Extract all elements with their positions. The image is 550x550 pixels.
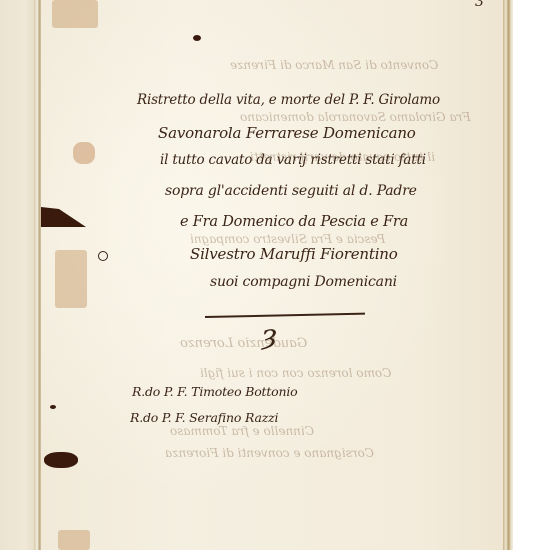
title-line-4: sopra gl'accidenti seguiti al d. Padre — [165, 183, 417, 199]
bleed-through-line: Convento di San Marco di Firenze — [230, 58, 438, 72]
decorative-flourish: ȝ — [262, 318, 277, 351]
stain-brown — [73, 142, 95, 164]
tape-stain-bottom — [58, 530, 90, 550]
ring-mark — [98, 251, 108, 261]
tape-stain-middle — [55, 250, 87, 308]
folio-number: 3 — [475, 0, 484, 10]
tape-stain-top — [52, 0, 98, 28]
title-line-5: e Fra Domenico da Pescia e Fra — [180, 214, 408, 230]
bleed-through-line: Pescia e Fra Silvestro compagni — [190, 232, 385, 246]
title-line-1: Ristretto della vita, e morte del P. F. … — [137, 92, 440, 108]
page-fore-edge — [503, 0, 513, 550]
bleed-through-line: Corsignano e conventi di Fiorenza — [165, 446, 374, 460]
bleed-through-line: Cinnello e fra Tommaso — [170, 424, 314, 438]
title-line-2: Savonarola Ferrarese Domenicano — [158, 124, 416, 142]
bleed-through-line: Gaudenzio Lorenzo — [180, 336, 307, 351]
ink-speck-top — [193, 35, 201, 41]
title-line-3: il tutto cavato da varij ristretti stati… — [160, 152, 426, 168]
facing-page-edge — [0, 0, 36, 550]
annotation-line-1: R.do P. F. Timoteo Bottonio — [132, 384, 297, 399]
annotation-line-2: R.do P. F. Serafino Razzi — [130, 410, 278, 425]
title-line-7: suoi compagni Domenicani — [210, 274, 397, 290]
ink-blot-lower — [44, 452, 78, 468]
bleed-through-line: Fra Girolamo Savonarola domenicano — [240, 110, 471, 124]
ink-blot-dot — [50, 405, 56, 409]
bleed-through-line: Como lorenzo con con i sui figli — [200, 366, 391, 380]
manuscript-scan: 3 Convento di San Marco di Firenze Fra G… — [0, 0, 550, 550]
title-line-6: Silvestro Maruffi Fiorentino — [190, 245, 398, 263]
